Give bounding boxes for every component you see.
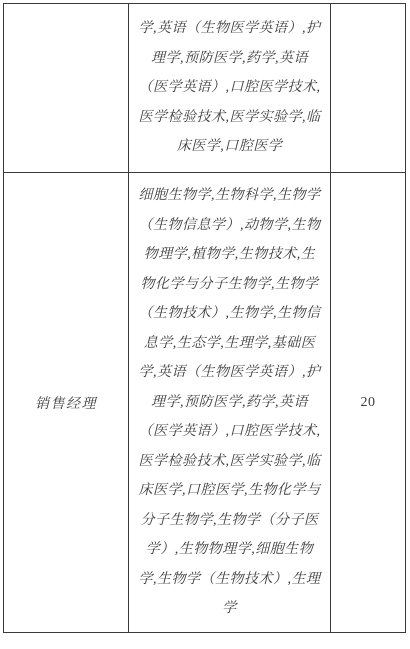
- majors-line: （生物信息学）,动物学,生物: [129, 211, 330, 241]
- table-row: 学,英语（生物医学英语）,护 理学,预防医学,药学,英语 （医学英语）,口腔医学…: [4, 4, 405, 173]
- majors-cell: 学,英语（生物医学英语）,护 理学,预防医学,药学,英语 （医学英语）,口腔医学…: [129, 4, 331, 172]
- majors-line: 学,英语（生物医学英语）,护: [129, 14, 330, 44]
- position-cell: [4, 4, 129, 172]
- majors-line: （医学英语）,口腔医学技术,: [129, 73, 330, 103]
- majors-line: 床医学,口腔医学: [129, 132, 330, 162]
- majors-line: 学: [129, 594, 330, 624]
- count-cell: 20: [331, 173, 405, 632]
- document-page: 学,英语（生物医学英语）,护 理学,预防医学,药学,英语 （医学英语）,口腔医学…: [0, 0, 410, 649]
- majors-line: 医学检验技术,医学实验学,临: [129, 447, 330, 477]
- majors-line: 物理学,植物学,生物技术,生: [129, 240, 330, 270]
- majors-line: （生物技术）,生物学,生物信: [129, 299, 330, 329]
- position-label: 销售经理: [35, 393, 97, 413]
- count-value: 20: [361, 395, 376, 411]
- majors-line: 理学,预防医学,药学,英语: [129, 44, 330, 74]
- count-cell: [331, 4, 405, 172]
- majors-line: 学,英语（生物医学英语）,护: [129, 358, 330, 388]
- majors-line: 理学,预防医学,药学,英语: [129, 388, 330, 418]
- majors-line: （医学英语）,口腔医学技术,: [129, 417, 330, 447]
- majors-line: 学,生物学（生物技术）,生理: [129, 565, 330, 595]
- majors-cell: 细胞生物学,生物科学,生物学 （生物信息学）,动物学,生物 物理学,植物学,生物…: [129, 173, 331, 632]
- table-row: 销售经理 细胞生物学,生物科学,生物学 （生物信息学）,动物学,生物 物理学,植…: [4, 173, 405, 632]
- majors-text: 学,英语（生物医学英语）,护 理学,预防医学,药学,英语 （医学英语）,口腔医学…: [129, 14, 330, 162]
- majors-line: 细胞生物学,生物科学,生物学: [129, 181, 330, 211]
- majors-line: 医学检验技术,医学实验学,临: [129, 103, 330, 133]
- positions-table: 学,英语（生物医学英语）,护 理学,预防医学,药学,英语 （医学英语）,口腔医学…: [3, 3, 406, 633]
- position-cell: 销售经理: [4, 173, 129, 632]
- majors-text: 细胞生物学,生物科学,生物学 （生物信息学）,动物学,生物 物理学,植物学,生物…: [129, 181, 330, 624]
- majors-line: 物化学与分子生物学,生物学: [129, 270, 330, 300]
- majors-line: 床医学,口腔医学,生物化学与: [129, 476, 330, 506]
- majors-line: 分子生物学,生物学（分子医: [129, 506, 330, 536]
- majors-line: 学）,生物物理学,细胞生物: [129, 535, 330, 565]
- majors-line: 息学,生态学,生理学,基础医: [129, 329, 330, 359]
